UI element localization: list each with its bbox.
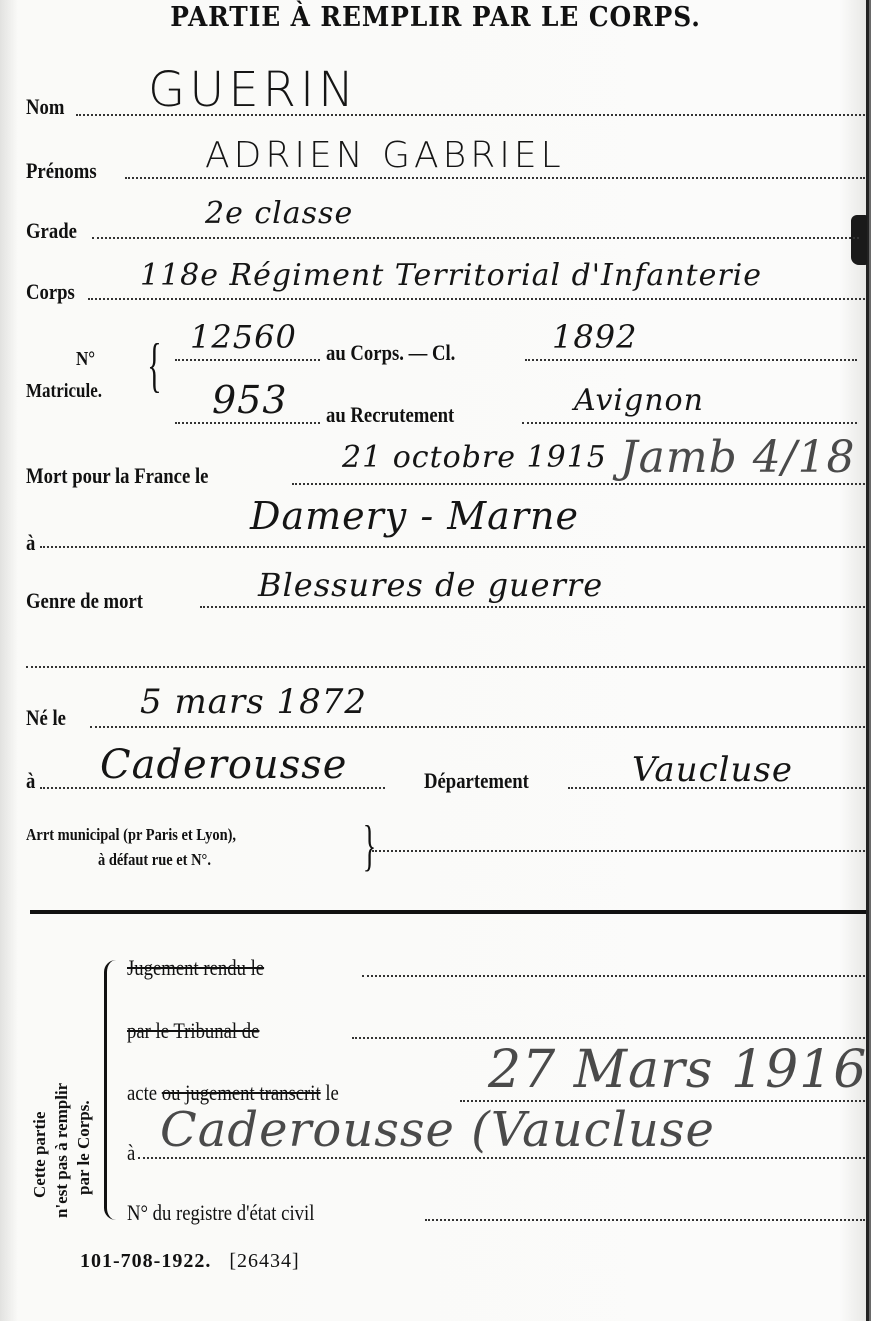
mort-a-line [40, 546, 865, 548]
civil-section-brace [104, 960, 117, 1220]
lieu-label: à [127, 1140, 135, 1166]
mort-le-value: 21 octobre 1915 [342, 440, 607, 475]
jugement-label: Jugement rendu le [127, 955, 264, 981]
arrondissement-label-line2: à défaut rue et N°. [98, 850, 211, 870]
matricule-brace: { [147, 335, 161, 395]
registre-label: N° du registre d'état civil [127, 1200, 314, 1226]
grade-line [92, 237, 859, 239]
arrondissement-line [372, 850, 865, 852]
recrutement-place-value: Avignon [574, 383, 704, 418]
side-note: Cette partie n'est pas à remplir par le … [28, 1000, 100, 1220]
grade-label: Grade [26, 218, 77, 244]
nom-value: GUERIN [148, 62, 358, 118]
blank-line [26, 666, 865, 668]
arrondissement-brace: } [363, 818, 376, 874]
ink-stamp-mark [851, 215, 867, 265]
section-divider [30, 910, 866, 914]
mort-le-label: Mort pour la France le [26, 463, 208, 489]
arrondissement-label-line1: Arrt municipal (pr Paris et Lyon), [26, 825, 236, 845]
ne-a-label: à [26, 768, 35, 794]
death-record-card: PARTIE À REMPLIR PAR LE CORPS. Nom GUERI… [0, 0, 871, 1321]
mort-a-label: à [26, 530, 35, 556]
print-code: 101-708-1922. [80, 1250, 211, 1272]
registre-line [425, 1219, 865, 1221]
section-title: PARTIE À REMPLIR PAR LE CORPS. [35, 2, 836, 33]
reference-number: [26434] [229, 1250, 299, 1272]
grade-value: 2e classe [205, 196, 353, 231]
lieu-value: Caderousse (Vaucluse [160, 1102, 715, 1158]
recrutement-place-line [522, 422, 857, 424]
genre-de-mort-label: Genre de mort [26, 588, 143, 614]
jugement-line [362, 975, 865, 977]
footer: 101-708-1922. [26434] [80, 1250, 300, 1273]
side-note-line1: Cette partie [30, 1112, 50, 1198]
corps-number-value: 12560 [190, 318, 297, 356]
corps-line [88, 298, 865, 300]
corps-number-line [175, 359, 320, 361]
ne-le-value: 5 mars 1872 [140, 682, 367, 722]
recrutement-label: au Recrutement [326, 402, 454, 428]
prenoms-label: Prénoms [26, 158, 97, 184]
matricule-label-line1: N° [76, 348, 95, 371]
corps-classe-label: au Corps. — Cl. [326, 340, 455, 366]
side-note-line2: n'est pas à remplir [52, 1083, 72, 1218]
card-edge [866, 0, 869, 1321]
prenoms-value: ADRIEN GABRIEL [205, 135, 565, 176]
transcrit-label-prefix: acte [127, 1080, 157, 1105]
corps-value: 118e Régiment Territorial d'Infanterie [140, 258, 762, 293]
mort-a-value: Damery - Marne [250, 494, 579, 538]
tribunal-label: par le Tribunal de [127, 1018, 259, 1044]
tribunal-line [352, 1037, 865, 1039]
side-note-line3: par le Corps. [74, 1100, 94, 1195]
nom-label: Nom [26, 94, 64, 120]
departement-value: Vaucluse [632, 750, 793, 790]
ne-le-line [90, 726, 865, 728]
mort-le-annotation: Jamb 4/18 [620, 432, 856, 483]
departement-label: Département [424, 768, 529, 794]
classe-line [525, 359, 857, 361]
recrutement-number-value: 953 [212, 378, 288, 422]
genre-de-mort-value: Blessures de guerre [258, 566, 603, 604]
classe-value: 1892 [552, 318, 637, 356]
ne-a-value: Caderousse [100, 742, 347, 788]
matricule-label-line2: Matricule. [26, 380, 102, 403]
corps-label: Corps [26, 279, 75, 305]
ne-le-label: Né le [26, 705, 66, 731]
genre-de-mort-line [200, 606, 865, 608]
prenoms-line [125, 177, 865, 179]
recrutement-number-line [175, 422, 320, 424]
mort-le-line [292, 483, 865, 485]
transcrit-value: 27 Mars 1916. [488, 1040, 871, 1100]
